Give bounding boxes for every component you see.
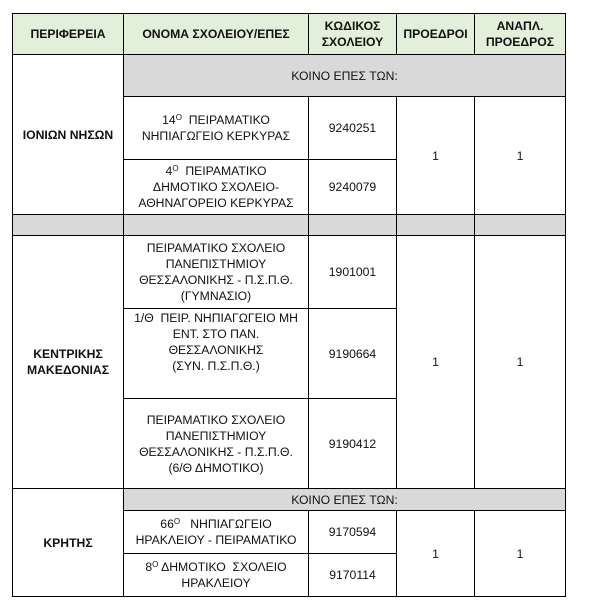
school-code: 9190412: [309, 399, 397, 489]
header-presidents: ΠΡΟΕΔΡΟΙ: [397, 14, 475, 55]
deputy-count: 1: [475, 511, 566, 597]
schools-table: ΠΕΡΙΦΕΡΕΙΑ ΟΝΟΜΑ ΣΧΟΛΕΙΟΥ/ΕΠΕΣ ΚΩΔΙΚΟΣΣΧ…: [12, 13, 566, 597]
table-row: ΚΡΗΤΗΣ ΚΟΙΝΟ ΕΠΕΣ ΤΩΝ:: [13, 489, 566, 511]
school-code: 9240079: [309, 160, 397, 215]
school-name: 8Ο ΔΗΜΟΤΙΚΟ ΣΧΟΛΕΙΟΗΡΑΚΛΕΙΟΥ: [124, 554, 309, 597]
presidents-count: 1: [397, 236, 475, 489]
table-row: ΙΟΝΙΩΝ ΝΗΣΩΝ ΚΟΙΝΟ ΕΠΕΣ ΤΩΝ:: [13, 55, 566, 97]
header-row: ΠΕΡΙΦΕΡΕΙΑ ΟΝΟΜΑ ΣΧΟΛΕΙΟΥ/ΕΠΕΣ ΚΩΔΙΚΟΣΣΧ…: [13, 14, 566, 55]
school-code: 1901001: [309, 236, 397, 309]
deputy-count: 1: [475, 97, 566, 215]
school-code: 9170594: [309, 511, 397, 554]
school-name: 1/Θ ΠΕΙΡ. ΝΗΠΙΑΓΩΓΕΙΟ ΜΗΕΝΤ. ΣΤΟ ΠΑΝ.ΘΕΣ…: [124, 309, 309, 399]
school-name: 14Ο ΠΕΙΡΑΜΑΤΙΚΟΝΗΠΙΑΓΩΓΕΙΟ ΚΕΡΚΥΡΑΣ: [124, 97, 309, 160]
school-name: 4Ο ΠΕΙΡΑΜΑΤΙΚΟΔΗΜΟΤΙΚΟ ΣΧΟΛΕΙΟ-ΑΘΗΝΑΓΟΡΕ…: [124, 160, 309, 215]
deputy-count: 1: [475, 236, 566, 489]
presidents-count: 1: [397, 97, 475, 215]
region-cell: ΚΕΝΤΡΙΚΗΣΜΑΚΕΔΟΝΙΑΣ: [13, 236, 124, 489]
header-school-code-text: ΚΩΔΙΚΟΣΣΧΟΛΕΙΟΥ: [322, 19, 384, 49]
school-name: 66Ο ΝΗΠΙΑΓΩΓΕΙΟΗΡΑΚΛΕΙΟΥ - ΠΕΙΡΑΜΑΤΙΚΟ: [124, 511, 309, 554]
common-label: ΚΟΙΝΟ ΕΠΕΣ ΤΩΝ:: [124, 55, 566, 97]
school-code: 9170114: [309, 554, 397, 597]
header-school-name: ΟΝΟΜΑ ΣΧΟΛΕΙΟΥ/ΕΠΕΣ: [124, 14, 309, 55]
school-code: 9240251: [309, 97, 397, 160]
region-cell: ΙΟΝΙΩΝ ΝΗΣΩΝ: [13, 55, 124, 215]
school-code: 9190664: [309, 309, 397, 399]
header-school-code: ΚΩΔΙΚΟΣΣΧΟΛΕΙΟΥ: [309, 14, 397, 55]
header-deputy-text: ΑΝΑΠΛ.ΠΡΟΕΔΡΟΣ: [486, 19, 554, 49]
region-cell: ΚΡΗΤΗΣ: [13, 489, 124, 597]
school-name: ΠΕΙΡΑΜΑΤΙΚΟ ΣΧΟΛΕΙΟΠΑΝΕΠΙΣΤΗΜΙΟΥΘΕΣΣΑΛΟΝ…: [124, 399, 309, 489]
school-name: ΠΕΙΡΑΜΑΤΙΚΟ ΣΧΟΛΕΙΟΠΑΝΕΠΙΣΤΗΜΙΟΥΘΕΣΣΑΛΟΝ…: [124, 236, 309, 309]
presidents-count: 1: [397, 511, 475, 597]
header-region: ΠΕΡΙΦΕΡΕΙΑ: [13, 14, 124, 55]
separator-row: [13, 215, 566, 236]
common-label: ΚΟΙΝΟ ΕΠΕΣ ΤΩΝ:: [124, 489, 566, 511]
table-row: ΚΕΝΤΡΙΚΗΣΜΑΚΕΔΟΝΙΑΣ ΠΕΙΡΑΜΑΤΙΚΟ ΣΧΟΛΕΙΟΠ…: [13, 236, 566, 309]
header-deputy: ΑΝΑΠΛ.ΠΡΟΕΔΡΟΣ: [475, 14, 566, 55]
